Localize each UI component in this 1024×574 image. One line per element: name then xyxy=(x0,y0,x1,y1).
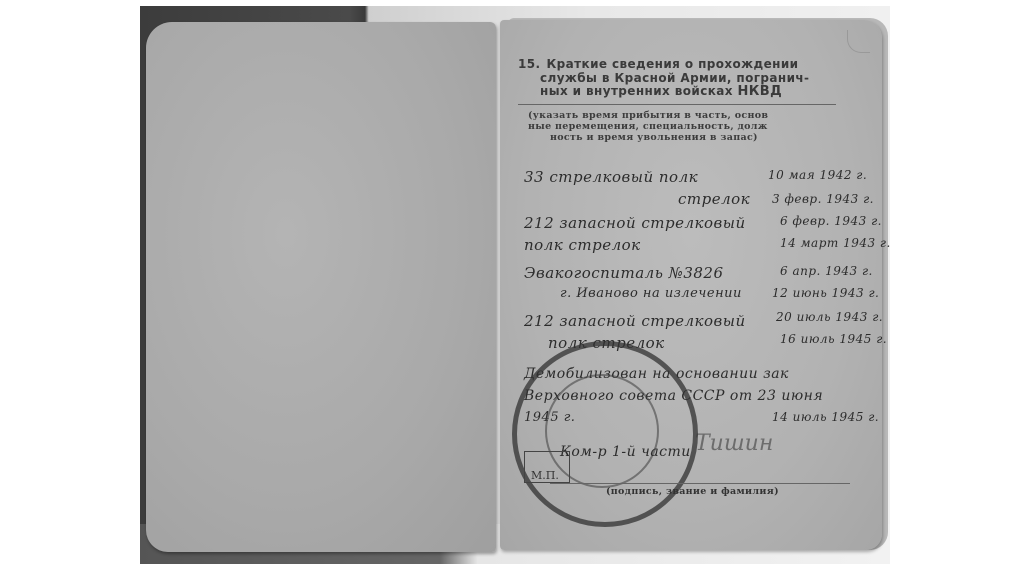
entry-date: 6 февр. 1943 г. xyxy=(780,214,882,228)
section-number: 15. xyxy=(518,57,540,71)
entry-date: 10 мая 1942 г. xyxy=(768,168,867,182)
commander-line: Ком-р 1-й части xyxy=(560,444,691,460)
printed-form-text: 15.Краткие сведения о прохождении службы… xyxy=(518,58,838,143)
left-page-blank xyxy=(146,22,496,552)
entry-text: 212 запасной стрелковый xyxy=(524,214,746,232)
demob-date: 14 июль 1945 г. xyxy=(772,410,879,424)
entry-date: 12 июнь 1943 г. xyxy=(772,286,879,300)
signature-line xyxy=(550,483,850,484)
official-round-stamp xyxy=(512,341,698,527)
entry-text: стрелок xyxy=(678,190,750,208)
entry-date: 14 март 1943 г. xyxy=(780,236,890,250)
folded-corner xyxy=(847,30,870,53)
instruction-hint: (указать время прибытия в часть, основ н… xyxy=(518,110,838,143)
entry-text: Эвакогоспиталь №3826 xyxy=(524,264,724,282)
signature-caption: (подпись, звание и фамилия) xyxy=(606,486,779,497)
entry-text: полк стрелок xyxy=(524,236,641,254)
nkvd-label: НКВД xyxy=(737,84,782,99)
entry-date: 20 июль 1943 г. xyxy=(776,310,883,324)
entry-date: 6 апр. 1943 г. xyxy=(780,264,873,278)
entry-date: 3 февр. 1943 г. xyxy=(772,192,874,206)
signature: Тишин xyxy=(695,431,773,456)
document-photo: 15.Краткие сведения о прохождении службы… xyxy=(140,6,890,564)
entry-date: 16 июль 1945 г. xyxy=(780,332,887,346)
entry-text: 33 стрелковый полк xyxy=(524,168,698,186)
entry-text: 212 запасной стрелковый xyxy=(524,312,746,330)
entry-text: г. Иваново на излечении xyxy=(560,286,742,301)
section-heading: 15.Краткие сведения о прохождении службы… xyxy=(518,58,838,99)
stamp-place-box: М.П. xyxy=(524,451,570,483)
heading-rule xyxy=(518,104,836,105)
